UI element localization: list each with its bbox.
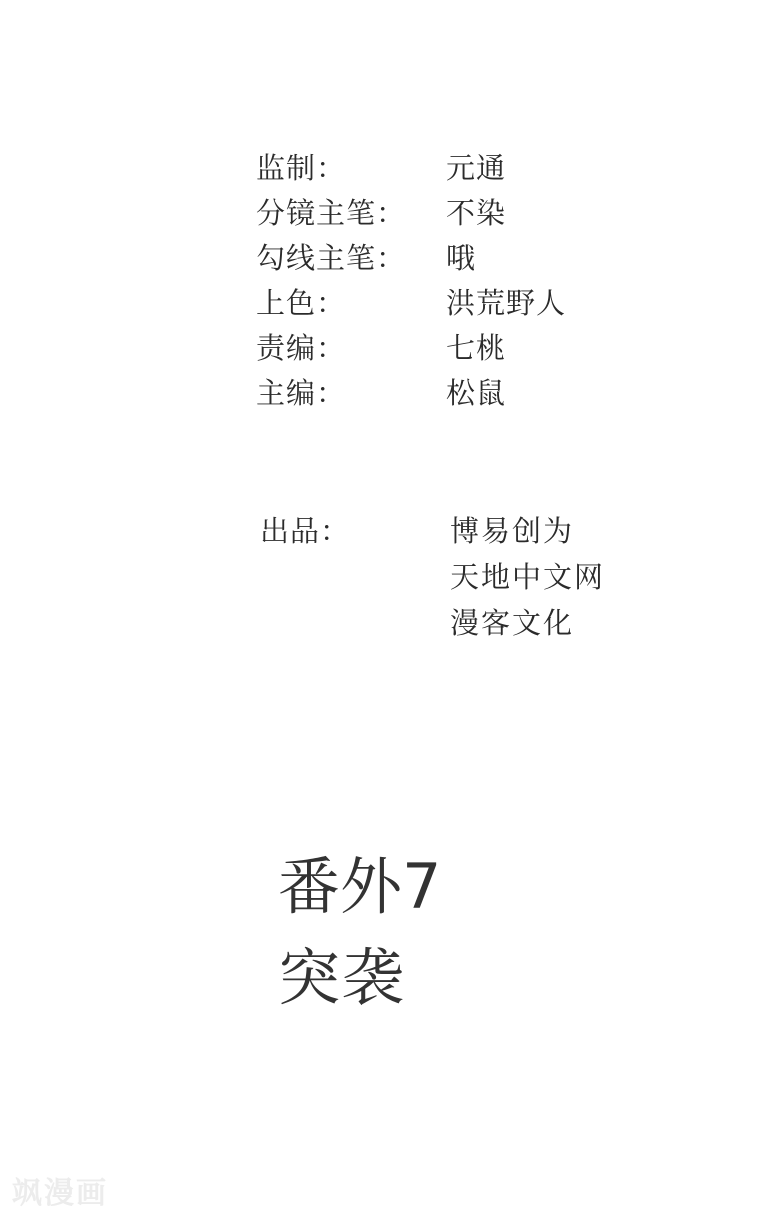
chapter-heading: 番外7 突袭 [278, 845, 441, 1027]
credit-label: 责编： [256, 326, 446, 367]
chapter-number: 番外7 [278, 845, 441, 929]
credit-row-storyboard: 分镜主笔： 不染 [256, 189, 566, 234]
credit-label: 上色： [256, 281, 446, 322]
credit-value: 七桃 [446, 326, 506, 367]
credit-row-supervisor: 监制： 元通 [256, 144, 566, 189]
production-credits: 出品： 博易创为 天地中文网 漫客文化 [260, 508, 605, 646]
credit-label: 分镜主笔： [256, 191, 446, 232]
watermark-logo: 飒漫画 [12, 1168, 108, 1212]
chapter-title: 突袭 [278, 929, 441, 1027]
credit-row-editor: 责编： 七桃 [256, 324, 566, 369]
production-label: 出品： [260, 508, 450, 554]
credit-value: 元通 [446, 146, 506, 187]
credit-label: 监制： [256, 146, 446, 187]
credit-label: 勾线主笔： [256, 236, 446, 277]
credits-list: 监制： 元通 分镜主笔： 不染 勾线主笔： 哦 上色： 洪荒野人 责编： 七桃 … [256, 144, 566, 414]
credit-value: 松鼠 [446, 371, 506, 412]
credit-value: 哦 [446, 236, 476, 277]
production-companies: 博易创为 天地中文网 漫客文化 [450, 508, 605, 646]
production-company: 博易创为 [450, 508, 605, 554]
credit-value: 不染 [446, 191, 506, 232]
production-company: 天地中文网 [450, 554, 605, 600]
credit-row-coloring: 上色： 洪荒野人 [256, 279, 566, 324]
credit-row-chief-editor: 主编： 松鼠 [256, 369, 566, 414]
credit-value: 洪荒野人 [446, 281, 566, 322]
credit-label: 主编： [256, 371, 446, 412]
credit-row-lineart: 勾线主笔： 哦 [256, 234, 566, 279]
production-company: 漫客文化 [450, 600, 605, 646]
